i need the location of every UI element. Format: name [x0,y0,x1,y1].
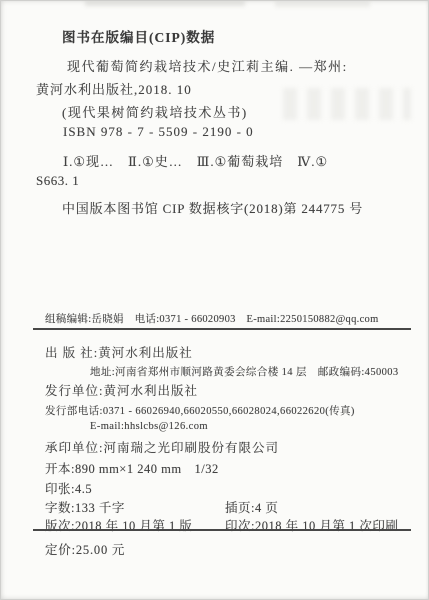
printer-line: 承印单位:河南瑞之光印刷股份有限公司 [45,438,279,456]
cip-title-line-1: 现代葡萄简约栽培技术/史江莉主编. —郑州: [67,56,348,75]
acquisition-editor-line: 组稿编辑:岳晓娟 电话:0371 - 66020903 E-mail:22501… [45,311,379,326]
divider-top [33,328,411,330]
divider-bottom [33,529,411,531]
cip-title-line-2: 黄河水利出版社,2018. 10 [36,79,192,98]
scan-artifact [275,0,370,7]
scan-artifact [283,88,411,120]
distribution-phone-line: 发行部电话:0371 - 66026940,66020550,66028024,… [45,403,355,418]
publisher-address: 地址:河南省郑州市顺河路黄委会综合楼 14 层 邮政编码:450003 [90,364,399,379]
scan-artifact [85,0,245,6]
price-line: 定价:25.00 元 [45,540,125,558]
publisher-email: E-mail:hhslcbs@126.com [90,421,208,432]
cip-series-note: (现代果树简约栽培技术丛书) [62,102,248,121]
format-line: 开本:890 mm×1 240 mm 1/32 [45,459,219,477]
distributor-line: 发行单位:黄河水利出版社 [45,381,198,399]
cip-isbn: ISBN 978 - 7 - 5509 - 2190 - 0 [63,124,254,140]
impression-line: 印次:2018 年 10 月第 1 次印刷 [225,516,398,534]
printed-sheets-line: 印张:4.5 [45,479,92,497]
cip-classification-code: S663. 1 [36,173,79,189]
edition-line: 版次:2018 年 10 月第 1 版 [45,516,192,534]
publisher-line: 出 版 社:黄河水利出版社 [45,343,193,361]
word-count-line: 字数:133 千字 [45,498,125,516]
book-copyright-page: 图书在版编目(CIP)数据 现代葡萄简约栽培技术/史江莉主编. —郑州: 黄河水… [0,0,429,600]
cip-record-number: 中国版本图书馆 CIP 数据核字(2018)第 244775 号 [62,198,363,217]
cip-classification-line: Ⅰ.①现… Ⅱ.①史… Ⅲ.①葡萄栽培 Ⅳ.① [63,151,328,170]
inserts-line: 插页:4 页 [225,498,278,516]
cip-heading: 图书在版编目(CIP)数据 [62,26,215,46]
